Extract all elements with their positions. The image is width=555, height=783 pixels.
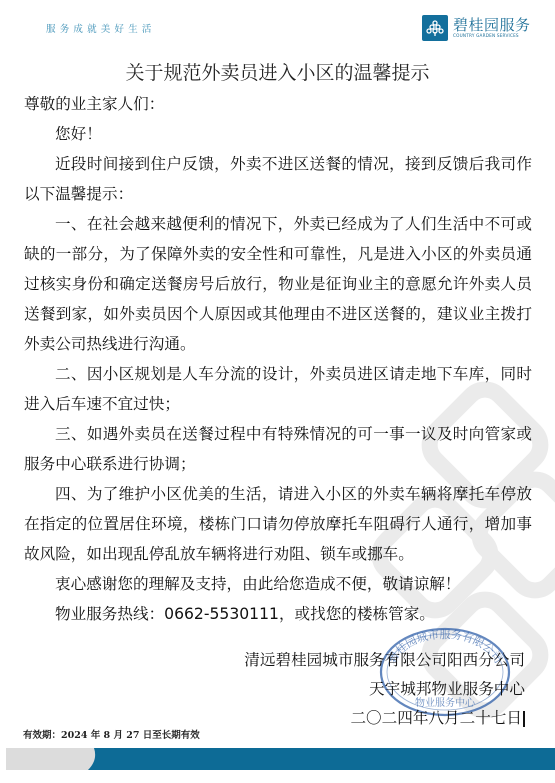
hotline-label: 物业服务热线： <box>55 605 164 623</box>
hotline-suffix: ，或找您的楼栋管家。 <box>279 605 435 623</box>
paragraph-item-1: 一、在社会越来越便利的情况下，外卖已经成为了人们生活中不可或缺的一部分，为了保障… <box>24 209 532 359</box>
footer-bar <box>6 748 555 770</box>
tree-logo-icon <box>422 15 448 41</box>
hotline-line: 物业服务热线：0662-5530111，或找您的楼栋管家。 <box>24 599 532 629</box>
paragraph-item-3: 三、如遇外卖员在送餐过程中有特殊情况的可一事一议及时向管家或服务中心联系进行协调… <box>24 419 532 479</box>
validity-note: 有效期：2024 年 8 月 27 日至长期有效 <box>23 727 200 741</box>
logo-name-en: COUNTRY GARDEN SERVICES <box>453 33 531 39</box>
paragraph-thanks: 衷心感谢您的理解及支持，由此给您造成不便，敬请谅解！ <box>24 569 532 599</box>
logo-name-cn: 碧桂园服务 <box>453 17 531 33</box>
paragraph-item-4: 四、为了维护小区优美的生活，请进入小区的外卖车辆将摩托车停放在指定的位置居住环境… <box>24 479 532 569</box>
company-logo: 碧桂园服务 COUNTRY GARDEN SERVICES <box>422 15 531 41</box>
signature-date: 二〇二四年八月二十七日 <box>350 709 522 727</box>
header-slogan: 服务成就美好生活 <box>46 21 156 35</box>
document-title: 关于规范外卖员进入小区的温馨提示 <box>0 58 555 85</box>
text-cursor <box>523 711 525 727</box>
greeting: 您好！ <box>24 119 532 149</box>
signature-center: 天宇城邦物业服务中心 <box>244 675 525 704</box>
signature-block: 清远碧桂园城市服务有限公司阳西分公司 天宇城邦物业服务中心 二〇二四年八月二十七… <box>244 646 525 733</box>
hotline-number: 0662-5530111 <box>164 605 279 623</box>
document-body: 尊敬的业主家人们： 您好！ 近段时间接到住户反馈，外卖不进区送餐的情况，接到反馈… <box>24 89 532 629</box>
salutation: 尊敬的业主家人们： <box>24 89 532 119</box>
paragraph-item-2: 二、因小区规划是人车分流的设计，外卖员进区请走地下车库，同时进入后车速不宜过快； <box>24 359 532 419</box>
signature-company: 清远碧桂园城市服务有限公司阳西分公司 <box>244 646 525 675</box>
paragraph-intro: 近段时间接到住户反馈，外卖不进区送餐的情况，接到反馈后我司作以下温馨提示： <box>24 149 532 209</box>
signature-date-line: 二〇二四年八月二十七日 <box>244 704 525 733</box>
